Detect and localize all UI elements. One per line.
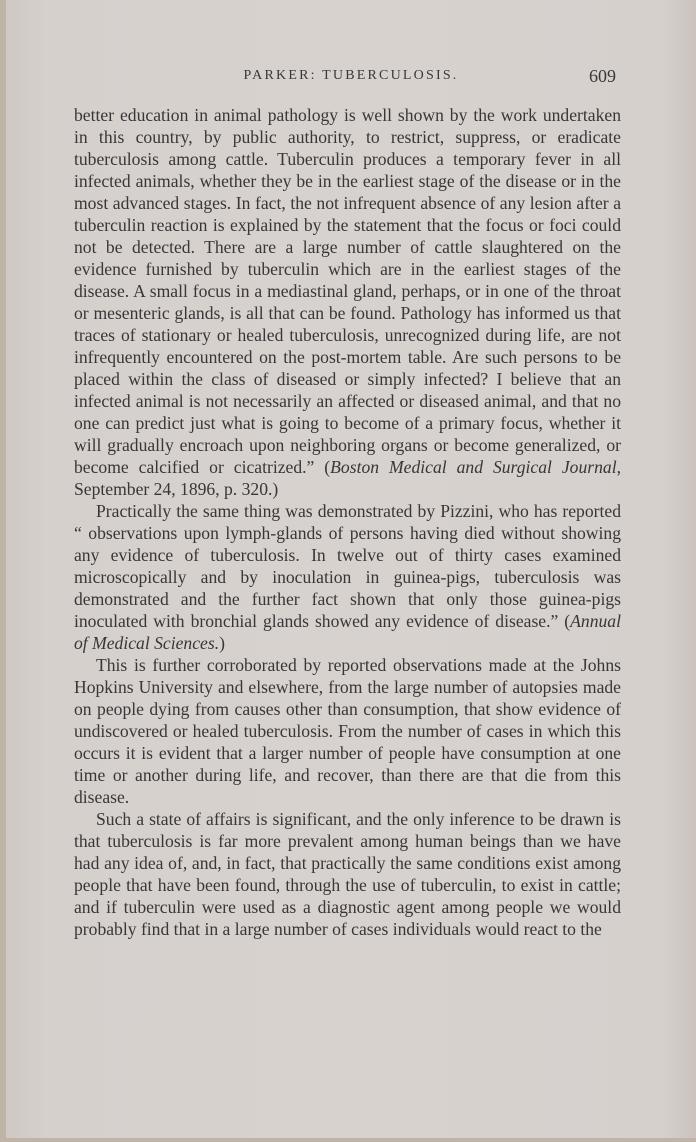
paragraph-2-citation-tail: ) bbox=[219, 633, 225, 653]
body-text: better education in animal pathology is … bbox=[74, 104, 621, 940]
paragraph-1-text: better education in animal pathology is … bbox=[74, 105, 621, 477]
book-page: PARKER: TUBERCULOSIS. 609 better educati… bbox=[6, 0, 696, 1138]
paragraph-3: This is further corroborated by reported… bbox=[74, 654, 621, 808]
paragraph-1: better education in animal pathology is … bbox=[74, 104, 621, 500]
page-number: 609 bbox=[589, 66, 616, 87]
paragraph-4-text: Such a state of affairs is significant, … bbox=[74, 809, 621, 939]
citation-boston-journal: Boston Medical and Surgical Journal bbox=[330, 457, 616, 477]
paragraph-2-text: Practically the same thing was demonstra… bbox=[74, 501, 621, 631]
paragraph-2: Practically the same thing was demonstra… bbox=[74, 500, 621, 654]
paragraph-3-text: This is further corroborated by reported… bbox=[74, 655, 621, 807]
paragraph-4: Such a state of affairs is significant, … bbox=[74, 808, 621, 940]
page-header: PARKER: TUBERCULOSIS. 609 bbox=[6, 66, 696, 90]
